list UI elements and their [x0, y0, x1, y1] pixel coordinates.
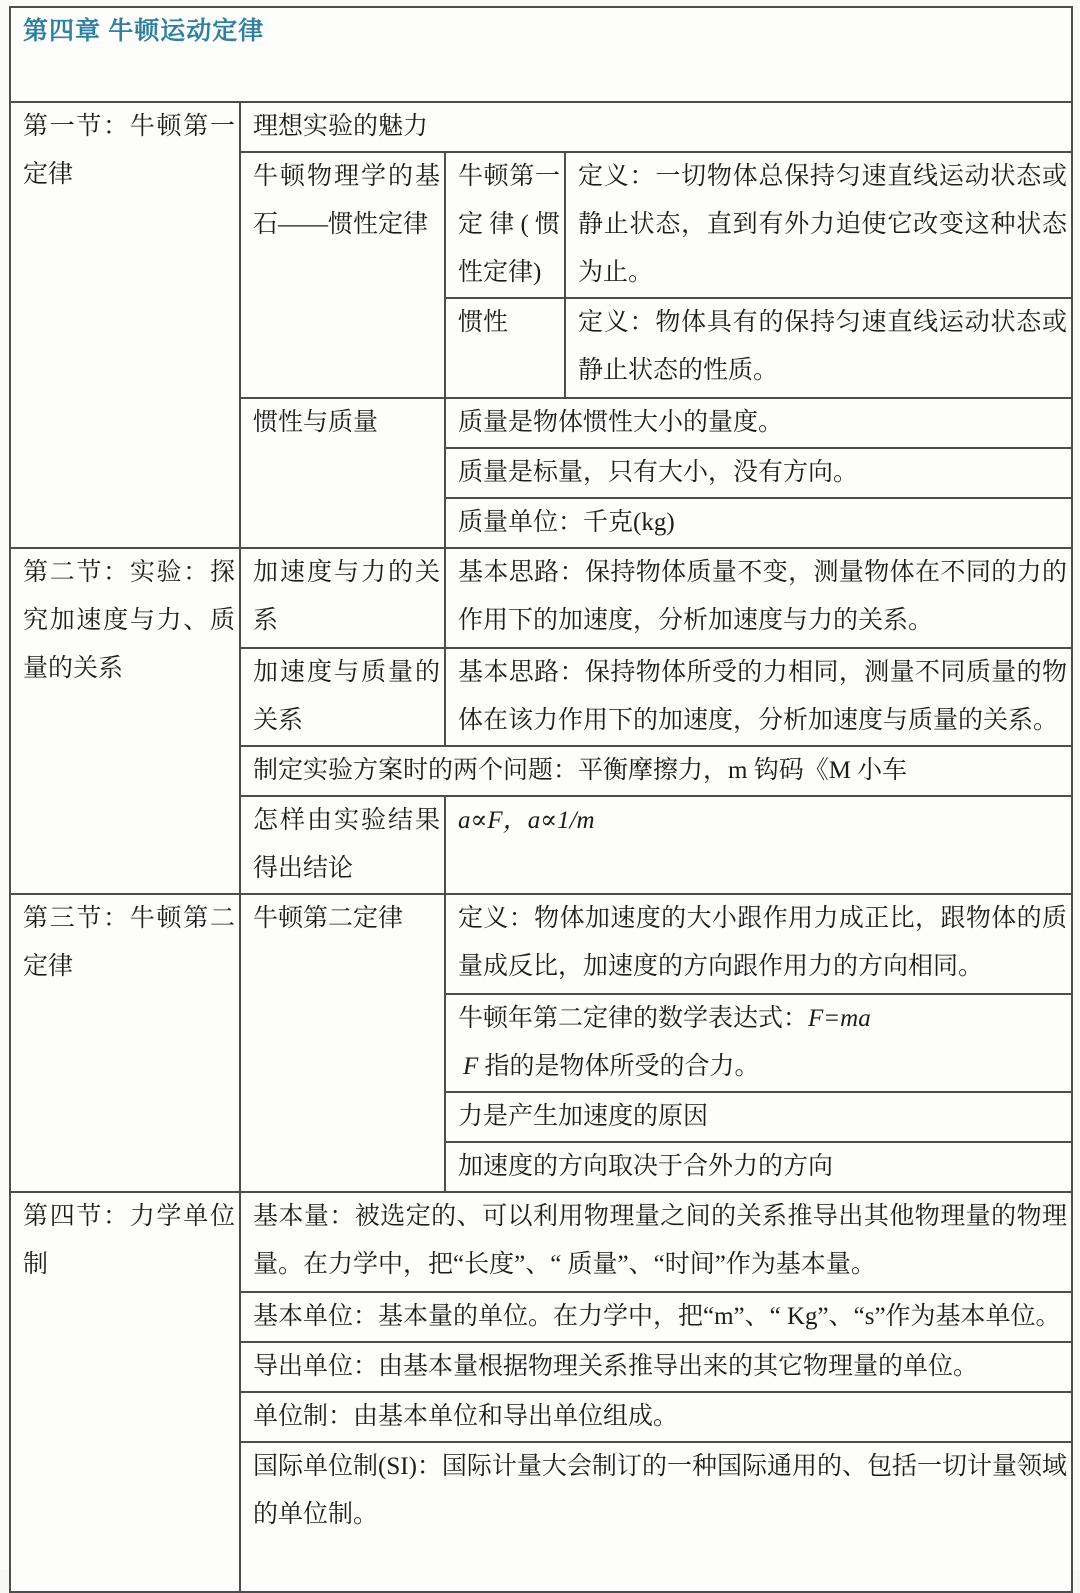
cell-law2-def: 定义：物体加速度的大小跟作用力成正比，跟物体的质量成反比，加速度的方向跟作用力的… — [445, 894, 1072, 994]
cell-accel-direction: 加速度的方向取决于合外力的方向 — [445, 1142, 1072, 1192]
proportionality-formula: a∝F，a∝1/m — [458, 807, 595, 834]
force-symbol: F — [463, 1053, 478, 1080]
cell-law1-def: 定义：一切物体总保持匀速直线运动状态或静止状态，直到有外力迫使它改变这种状态为止… — [565, 152, 1072, 298]
cell-accel-force-label: 加速度与力的关系 — [240, 548, 445, 648]
document-page: 第四章 牛顿运动定律 第一节：牛顿第一定律 理想实验的魅力 牛顿物理学的基石——… — [0, 0, 1080, 1570]
cell-ideal-experiment: 理想实验的魅力 — [240, 102, 1072, 152]
cell-mass-scalar: 质量是标量，只有大小，没有方向。 — [445, 448, 1072, 498]
cell-inertia-term: 惯性 — [445, 298, 565, 398]
section3-label: 第三节：牛顿第二定律 — [10, 894, 240, 1192]
cell-mass-unit: 质量单位：千克(kg) — [445, 498, 1072, 548]
force-note: 指的是物体所受的合力。 — [478, 1053, 759, 1080]
expression-label: 牛顿年第二定律的数学表达式： — [458, 1005, 808, 1032]
chapter-title: 第四章 牛顿运动定律 — [10, 7, 1072, 102]
cell-conclusion-label: 怎样由实验结果得出结论 — [240, 796, 445, 894]
cell-accel-mass-label: 加速度与质量的关系 — [240, 648, 445, 746]
cell-basic-unit: 基本单位：基本量的单位。在力学中，把“m”、“ Kg”、“s”作为基本单位。 — [240, 1292, 1072, 1342]
cell-law2-label: 牛顿第二定律 — [240, 894, 445, 1192]
cell-force-cause: 力是产生加速度的原因 — [445, 1092, 1072, 1142]
cell-unit-system: 单位制：由基本单位和导出单位组成。 — [240, 1392, 1072, 1442]
cell-plan-issues: 制定实验方案时的两个问题：平衡摩擦力，m 钩码《M 小车 — [240, 746, 1072, 796]
force-note-line: F 指的是物体所受的合力。 — [458, 1043, 1067, 1091]
cell-mass-measure: 质量是物体惯性大小的量度。 — [445, 398, 1072, 448]
cell-law1-term: 牛顿第一定律(惯性定律) — [445, 152, 565, 298]
cell-derived-unit: 导出单位：由基本量根据物理关系推导出来的其它物理量的单位。 — [240, 1342, 1072, 1392]
section2-label: 第二节：实验：探究加速度与力、质量的关系 — [10, 548, 240, 894]
cell-inertia-def: 定义：物体具有的保持匀速直线运动状态或静止状态的性质。 — [565, 298, 1072, 398]
cell-accel-mass-idea: 基本思路：保持物体所受的力相同，测量不同质量的物体在该力作用下的加速度，分析加速… — [445, 648, 1072, 746]
f-equals-ma-formula: F=ma — [808, 1005, 871, 1032]
physics-notes-table: 第四章 牛顿运动定律 第一节：牛顿第一定律 理想实验的魅力 牛顿物理学的基石——… — [9, 6, 1073, 1593]
section4-label: 第四节：力学单位制 — [10, 1192, 240, 1592]
cell-accel-force-idea: 基本思路：保持物体质量不变，测量物体在不同的力的作用下的加速度，分析加速度与力的… — [445, 548, 1072, 648]
section1-label: 第一节：牛顿第一定律 — [10, 102, 240, 548]
cell-foundation: 牛顿物理学的基石——惯性定律 — [240, 152, 445, 398]
cell-basic-quantity: 基本量：被选定的、可以利用物理量之间的关系推导出其他物理量的物理量。在力学中，把… — [240, 1192, 1072, 1292]
cell-inertia-mass-label: 惯性与质量 — [240, 398, 445, 548]
cell-conclusion-formula: a∝F，a∝1/m — [445, 796, 1072, 894]
cell-law2-expression: 牛顿年第二定律的数学表达式：F=ma F 指的是物体所受的合力。 — [445, 994, 1072, 1092]
expression-line: 牛顿年第二定律的数学表达式：F=ma — [458, 995, 1067, 1043]
